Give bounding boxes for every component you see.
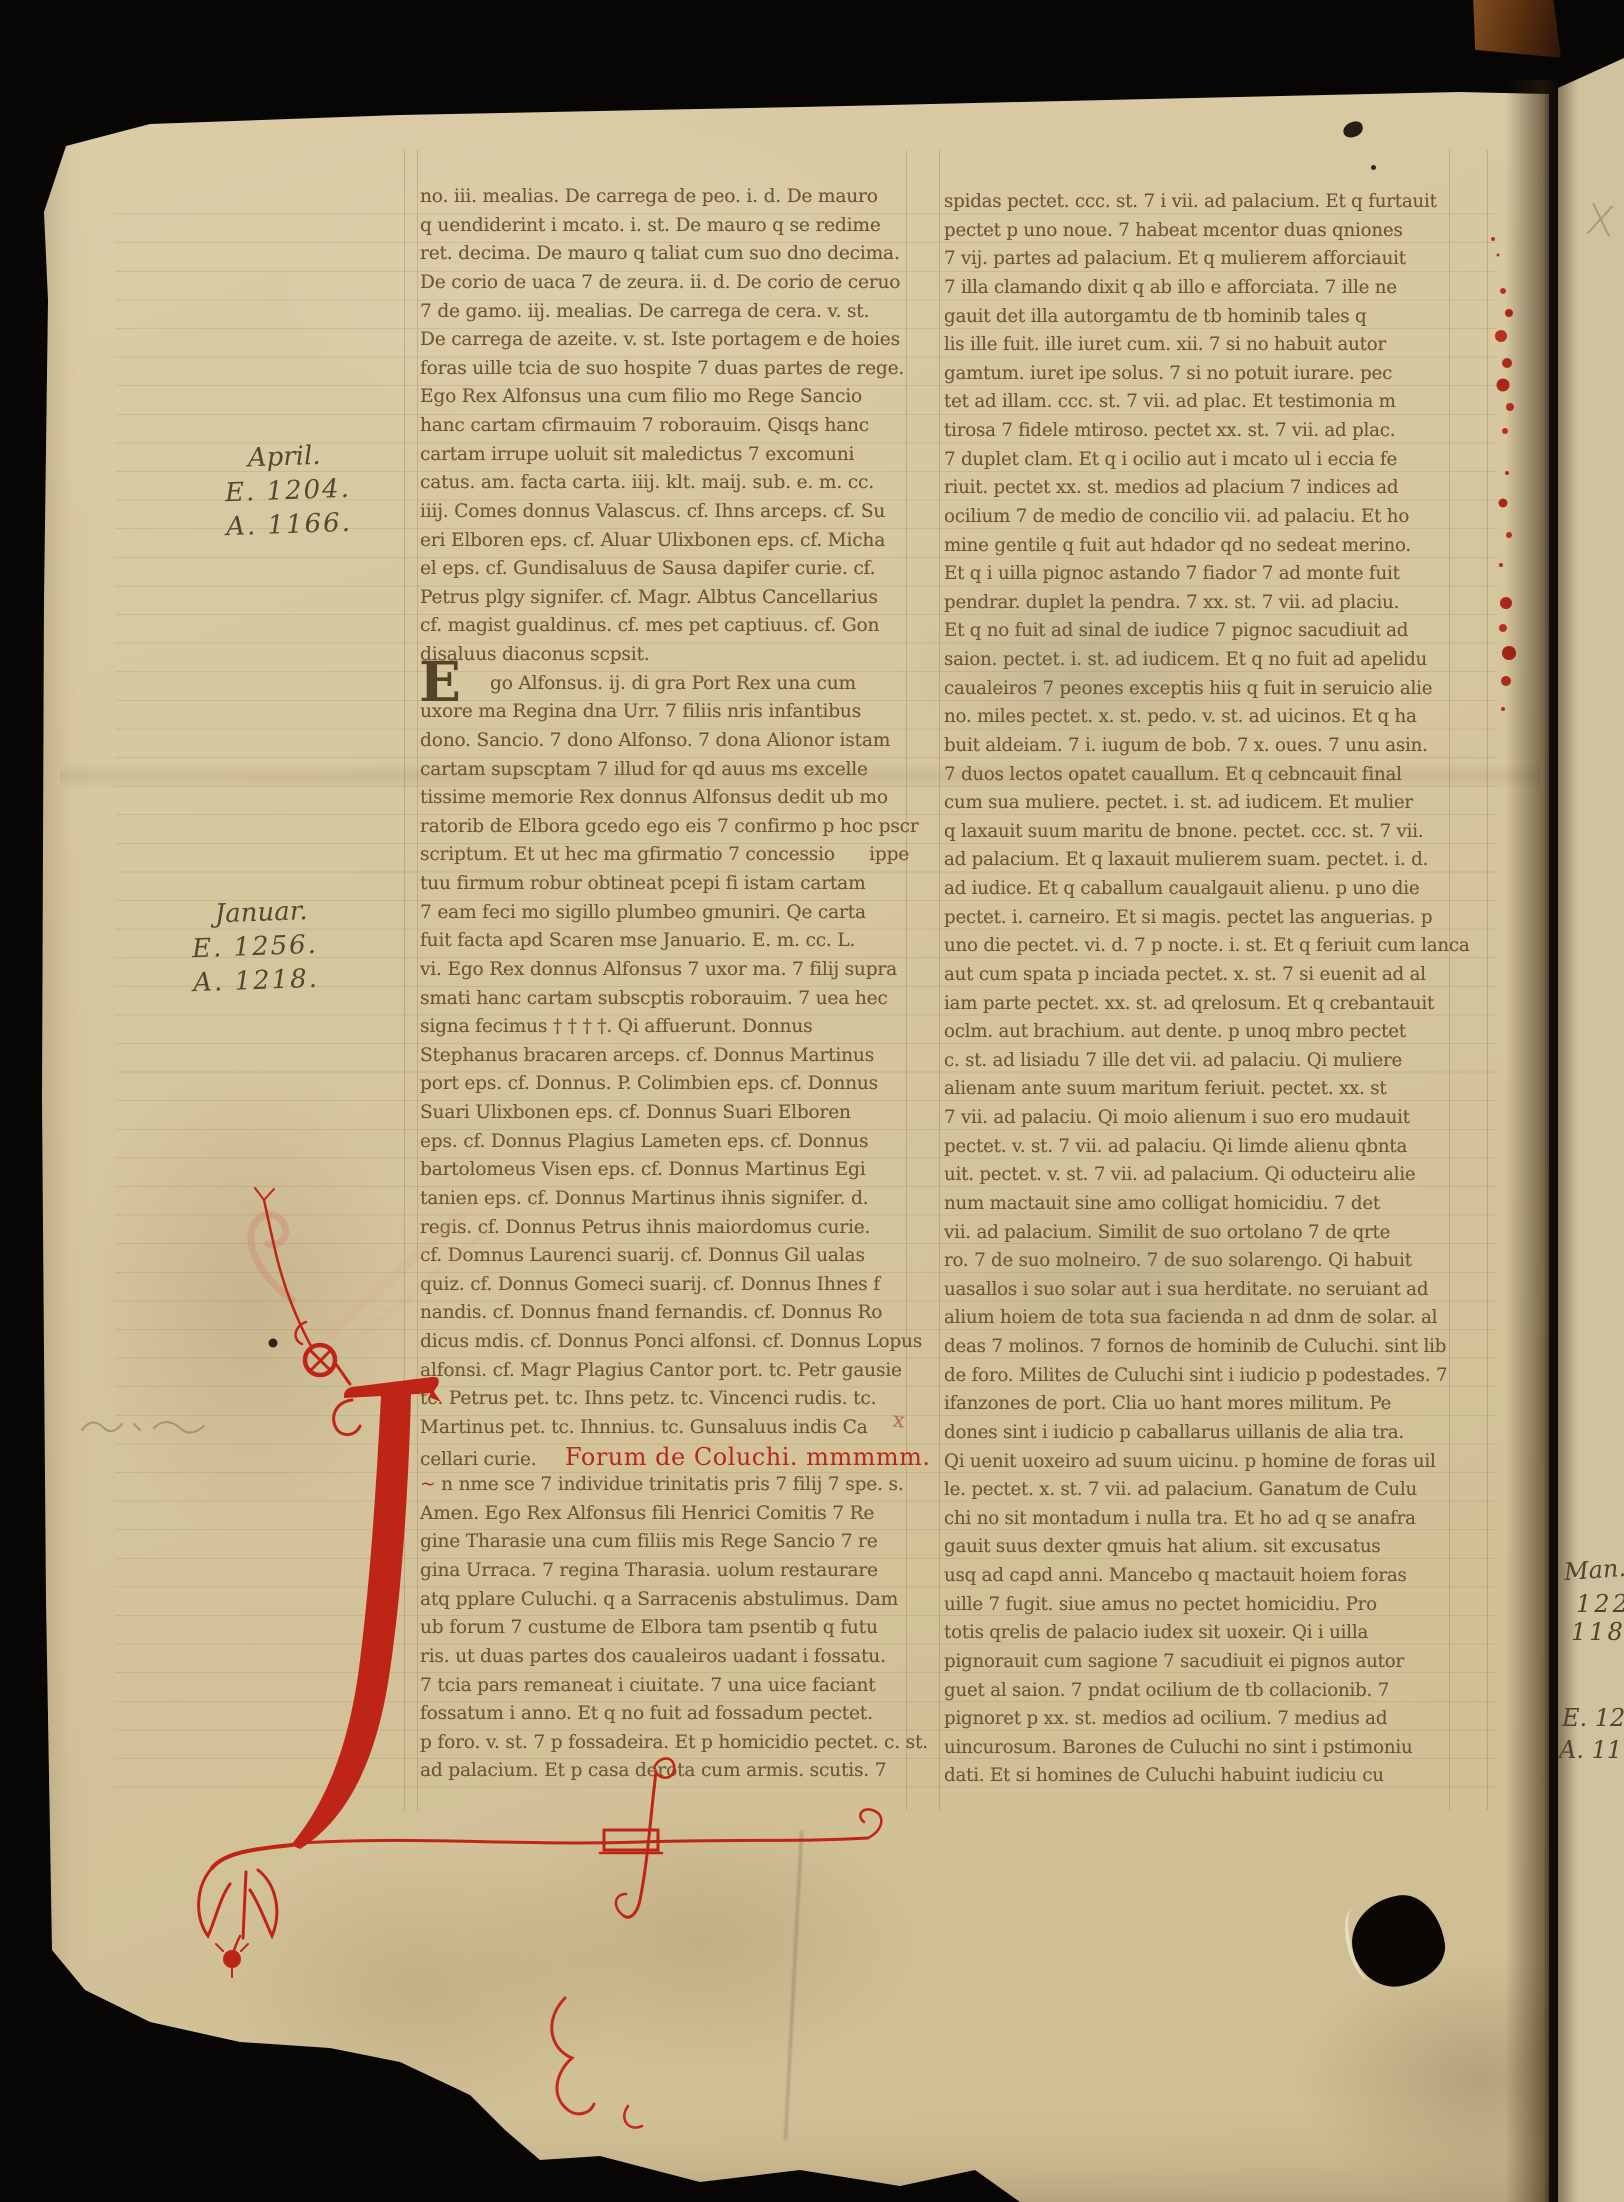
manuscript-line: no. iii. mealias. De carrega de peo. i. … [420, 183, 914, 212]
manuscript-line: tanien eps. cf. Donnus Martinus ihnis si… [420, 1185, 914, 1214]
manuscript-line: pectet. v. st. 7 vii. ad palaciu. Qi lim… [944, 1133, 1458, 1162]
manuscript-line: iam parte pectet. xx. st. ad qrelosum. E… [944, 990, 1458, 1019]
manuscript-line: cartam irrupe uoluit sit maledictus 7 ex… [420, 441, 914, 470]
manuscript-line: scriptum. Et ut hec ma gfirmatio 7 conce… [420, 841, 914, 870]
rubric-text: ~ [420, 1474, 441, 1495]
adjacent-folio-edge: X Man. 122 118 E. 12 A. 11 [1558, 58, 1624, 2202]
manuscript-line: num mactauit sine amo colligat homicidiu… [944, 1190, 1458, 1219]
manuscript-line: nandis. cf. Donnus fnand fernandis. cf. … [420, 1299, 914, 1328]
manuscript-line: 7 duos lectos opatet cauallum. Et q cebn… [944, 761, 1458, 790]
manuscript-line: cf. Domnus Laurenci suarij. cf. Donnus G… [420, 1242, 914, 1271]
folio-note-month: Man. [1563, 1554, 1624, 1586]
manuscript-line: ad palacium. Et p casa derota cum armis.… [420, 1757, 914, 1786]
manuscript-line: ad iudice. Et q caballum caualgauit alie… [944, 875, 1458, 904]
manuscript-line: gamtum. iuret ipe solus. 7 si no potuit … [944, 360, 1458, 389]
manuscript-line: Ego Rex Alfonsus una cum filio mo Rege S… [420, 383, 914, 412]
manuscript-line: saion. pectet. i. st. ad iudicem. Et q n… [944, 646, 1458, 675]
manuscript-line: 7 vij. partes ad palacium. Et q mulierem… [944, 245, 1458, 274]
manuscript-line: cellari curie. Forum de Coluchi. mmmmm. [420, 1443, 914, 1472]
line-segment: n nme sce 7 individue trinitatis pris 7 … [441, 1474, 903, 1495]
folio-note-anno-year: 118 [1571, 1618, 1624, 1646]
manuscript-line: regis. cf. Donnus Petrus ihnis maiordomu… [420, 1214, 914, 1243]
manuscript-line: pectet p uno noue. 7 habeat mcentor duas… [944, 217, 1458, 246]
margin-note-era: E. 1204. [224, 472, 351, 510]
manuscript-line: dones sint i iudicio p caballarus uillan… [944, 1419, 1458, 1448]
manuscript-line: aut cum spata p inciada pectet. x. st. 7… [944, 961, 1458, 990]
manuscript-line: el eps. cf. Gundisaluus de Sausa dapifer… [420, 555, 914, 584]
manuscript-line: oclm. aut brachium. aut dente. p unoq mb… [944, 1018, 1458, 1047]
manuscript-line: cartam supscptam 7 illud for qd auus ms … [420, 756, 914, 785]
manuscript-line: vii. ad palacium. Similit de suo ortolan… [944, 1219, 1458, 1248]
manuscript-line: Stephanus bracaren arceps. cf. Donnus Ma… [420, 1042, 914, 1071]
manuscript-line: lis ille fuit. ille iuret cum. xii. 7 si… [944, 331, 1458, 360]
manuscript-line: vi. Ego Rex donnus Alfonsus 7 uxor ma. 7… [420, 956, 914, 985]
manuscript-line: cum sua muliere. pectet. i. st. ad iudic… [944, 789, 1458, 818]
folio-note-era2: E. 12 [1562, 1704, 1624, 1732]
manuscript-line: totis qrelis de palacio iudex sit uoxeir… [944, 1619, 1458, 1648]
manuscript-line: q uendiderint i mcato. i. st. De mauro q… [420, 212, 914, 241]
manuscript-line: hanc cartam cfirmauim 7 roborauim. Qisqs… [420, 412, 914, 441]
manuscript-line: pignoret p xx. st. medios ad ocilium. 7 … [944, 1705, 1458, 1734]
manuscript-line: tissime memorie Rex donnus Alfonsus dedi… [420, 784, 914, 813]
margin-note-anno: A. 1166. [226, 506, 353, 544]
manuscript-line: ro. 7 de suo molneiro. 7 de suo solareng… [944, 1247, 1458, 1276]
vertical-ruling [1487, 150, 1488, 1810]
manuscript-line: dicus mdis. cf. Donnus Ponci alfonsi. cf… [420, 1328, 914, 1357]
manuscript-line: go Alfonsus. ij. di gra Port Rex una cum [420, 670, 914, 699]
manuscript-line: uasallos i suo solar aut i sua herditate… [944, 1276, 1458, 1305]
manuscript-line: eri Elboren eps. cf. Aluar Ulixbonen eps… [420, 527, 914, 556]
manuscript-line: port eps. cf. Donnus. P. Colimbien eps. … [420, 1070, 914, 1099]
manuscript-line: uno die pectet. vi. d. 7 p nocte. i. st.… [944, 932, 1458, 961]
manuscript-line: gauit suus dexter qmuis hat alium. sit e… [944, 1533, 1458, 1562]
manuscript-line: 7 illa clamando dixit q ab illo e afforc… [944, 274, 1458, 303]
ink-dot [1371, 165, 1376, 170]
manuscript-line: no. miles pectet. x. st. pedo. v. st. ad… [944, 703, 1458, 732]
red-paint-specks [0, 0, 6, 6]
manuscript-line: dono. Sancio. 7 dono Alfonso. 7 dona Ali… [420, 727, 914, 756]
manuscript-line: Et q i uilla pignoc astando 7 fiador 7 a… [944, 560, 1458, 589]
manuscript-line: atq pplare Culuchi. q a Sarracenis abstu… [420, 1586, 914, 1615]
manuscript-line: gina Urraca. 7 regina Tharasia. uolum re… [420, 1557, 914, 1586]
manuscript-line: usq ad capd anni. Mancebo q mactauit hoi… [944, 1562, 1458, 1591]
manuscript-line: tet ad illam. ccc. st. 7 vii. ad plac. E… [944, 388, 1458, 417]
margin-note-month: Januar. [214, 894, 317, 932]
manuscript-line: mine gentile q fuit aut hdador qd no sed… [944, 532, 1458, 561]
initial-letter-e: E [419, 654, 461, 709]
manuscript-line: ocilium 7 de medio de concilio vii. ad p… [944, 503, 1458, 532]
manuscript-line: quiz. cf. Donnus Gomeci suarij. cf. Donn… [420, 1271, 914, 1300]
manuscript-line: spidas pectet. ccc. st. 7 i vii. ad pala… [944, 188, 1458, 217]
manuscript-photograph: no. iii. mealias. De carrega de peo. i. … [0, 0, 1624, 2202]
manuscript-line: le. pectet. x. st. 7 vii. ad palacium. G… [944, 1476, 1458, 1505]
manuscript-line: pignorauit cum sagione 7 sacudiuit ei pi… [944, 1648, 1458, 1677]
manuscript-line: ret. decima. De mauro q taliat cum suo d… [420, 240, 914, 269]
manuscript-line: Petrus plgy signifer. cf. Magr. Albtus C… [420, 584, 914, 613]
right-text-column: spidas pectet. ccc. st. 7 i vii. ad pala… [944, 188, 1458, 1791]
manuscript-line: guet al saion. 7 pndat ocilium de tb col… [944, 1677, 1458, 1706]
manuscript-line: cf. magist gualdinus. cf. mes pet captiu… [420, 612, 914, 641]
folio-edge-shadow [1558, 58, 1624, 2202]
manuscript-line: Martinus pet. tc. Ihnnius. tc. Gunsaluus… [420, 1414, 914, 1443]
manuscript-line: uxore ma Regina dna Urr. 7 filiis nris i… [420, 698, 914, 727]
margin-note-era: E. 1256. [191, 928, 318, 966]
manuscript-line: uit. pectet. v. st. 7 vii. ad palacium. … [944, 1161, 1458, 1190]
line-segment: go Alfonsus. ij. di gra Port Rex una cum [490, 673, 856, 694]
manuscript-line: Amen. Ego Rex Alfonsus fili Henrici Comi… [420, 1500, 914, 1529]
line-segment: cellari curie. [420, 1449, 565, 1470]
manuscript-line: chi no sit montadum i nulla tra. Et ho a… [944, 1505, 1458, 1534]
manuscript-line: Suari Ulixbonen eps. cf. Donnus Suari El… [420, 1099, 914, 1128]
manuscript-line: eps. cf. Donnus Plagius Lameten eps. cf.… [420, 1128, 914, 1157]
manuscript-line: catus. am. facta carta. iiij. klt. maij.… [420, 469, 914, 498]
manuscript-line: de foro. Milites de Culuchi sint i iudic… [944, 1362, 1458, 1391]
vertical-ruling [939, 150, 940, 1810]
manuscript-line: ris. ut duas partes dos caualeiros uadan… [420, 1643, 914, 1672]
manuscript-line: alium hoiem de tota sua facienda n ad dn… [944, 1304, 1458, 1333]
margin-note-anno: A. 1218. [193, 962, 320, 1000]
manuscript-line: q laxauit suum maritu de bnone. pectet. … [944, 818, 1458, 847]
manuscript-line: fossatum i anno. Et q no fuit ad fossadu… [420, 1700, 914, 1729]
manuscript-line: bartolomeus Visen eps. cf. Donnus Martin… [420, 1156, 914, 1185]
manuscript-line: ~ n nme sce 7 individue trinitatis pris … [420, 1471, 914, 1500]
manuscript-line: gine Tharasie una cum filiis mis Rege Sa… [420, 1528, 914, 1557]
vertical-ruling [404, 150, 405, 1810]
manuscript-line: 7 duplet clam. Et q i ocilio aut i mcato… [944, 446, 1458, 475]
manuscript-line: alienam ante suum maritum feriuit. pecte… [944, 1075, 1458, 1104]
manuscript-line: uincurosum. Barones de Culuchi no sint i… [944, 1734, 1458, 1763]
manuscript-line: ratorib de Elbora gcedo ego eis 7 confir… [420, 813, 914, 842]
manuscript-line: ifanzones de port. Clia uo hant mores mi… [944, 1390, 1458, 1419]
manuscript-line: riuit. pectet xx. st. medios ad placium … [944, 474, 1458, 503]
manuscript-line: 7 vii. ad palaciu. Qi moio alienum i suo… [944, 1104, 1458, 1133]
manuscript-line: uille 7 fugit. siue amus no pectet homic… [944, 1591, 1458, 1620]
manuscript-line: tuu firmum robur obtineat pcepi fi istam… [420, 870, 914, 899]
margin-note-januar: Januar. E. 1256. A. 1218. [190, 894, 319, 1000]
manuscript-line: De corio de uaca 7 de zeura. ii. d. De c… [420, 269, 914, 298]
left-text-column: no. iii. mealias. De carrega de peo. i. … [420, 183, 914, 1786]
manuscript-line: alfonsi. cf. Magr Plagius Cantor port. t… [420, 1357, 914, 1386]
manuscript-line: disaluus diaconus scpsit. [420, 641, 914, 670]
manuscript-line: pectet. i. carneiro. Et si magis. pectet… [944, 904, 1458, 933]
manuscript-line: tirosa 7 fidele mtiroso. pectet xx. st. … [944, 417, 1458, 446]
manuscript-line: foras uille tcia de suo hospite 7 duas p… [420, 355, 914, 384]
manuscript-line: dati. Et si homines de Culuchi habuint i… [944, 1762, 1458, 1791]
margin-note-month: April. [247, 438, 350, 476]
folio-note-anno2: A. 11 [1559, 1736, 1622, 1764]
manuscript-line: caualeiros 7 peones exceptis hiis q fuit… [944, 675, 1458, 704]
manuscript-line: De carrega de azeite. v. st. Iste portag… [420, 326, 914, 355]
vertical-ruling [417, 150, 418, 1810]
manuscript-line: Qi uenit uoxeiro ad suum uicinu. p homin… [944, 1448, 1458, 1477]
leather-bookmark-tab [1461, 0, 1563, 58]
folio-note-era-year: 122 [1576, 1590, 1624, 1618]
manuscript-line: ub forum 7 custume de Elbora tam psentib… [420, 1614, 914, 1643]
manuscript-line: gauit det illa autorgamtu de tb hominib … [944, 303, 1458, 332]
manuscript-line: buit aldeiam. 7 i. iugum de bob. 7 x. ou… [944, 732, 1458, 761]
manuscript-line: smati hanc cartam subscptis roborauim. 7… [420, 985, 914, 1014]
margin-note-april: April. E. 1204. A. 1166. [223, 438, 352, 544]
rubric-text: mmmmm. [806, 1443, 930, 1471]
manuscript-line: signa fecimus † † † †. Qi affuerunt. Don… [420, 1013, 914, 1042]
manuscript-line: c. st. ad lisiadu 7 ille det vii. ad pal… [944, 1047, 1458, 1076]
rubric-text: Forum de Coluchi. [565, 1443, 806, 1471]
manuscript-line: pendrar. duplet la pendra. 7 xx. st. 7 v… [944, 589, 1458, 618]
manuscript-line: Et q no fuit ad sinal de iudice 7 pignoc… [944, 617, 1458, 646]
manuscript-line: ad palacium. Et q laxauit mulierem suam.… [944, 846, 1458, 875]
manuscript-line: 7 de gamo. iij. mealias. De carrega de c… [420, 298, 914, 327]
manuscript-line: 7 tcia pars remaneat i ciuitate. 7 una u… [420, 1672, 914, 1701]
manuscript-line: tc. Petrus pet. tc. Ihns petz. tc. Vince… [420, 1385, 914, 1414]
manuscript-line: iiij. Comes donnus Valascus. cf. Ihns ar… [420, 498, 914, 527]
binding-gutter [1505, 80, 1559, 2202]
manuscript-line: 7 eam feci mo sigillo plumbeo gmuniri. Q… [420, 899, 914, 928]
manuscript-line: p foro. v. st. 7 p fossadeira. Et p homi… [420, 1729, 914, 1758]
manuscript-line: fuit facta apd Scaren mse Januario. E. m… [420, 927, 914, 956]
manuscript-line: deas 7 molinos. 7 fornos de hominib de C… [944, 1333, 1458, 1362]
